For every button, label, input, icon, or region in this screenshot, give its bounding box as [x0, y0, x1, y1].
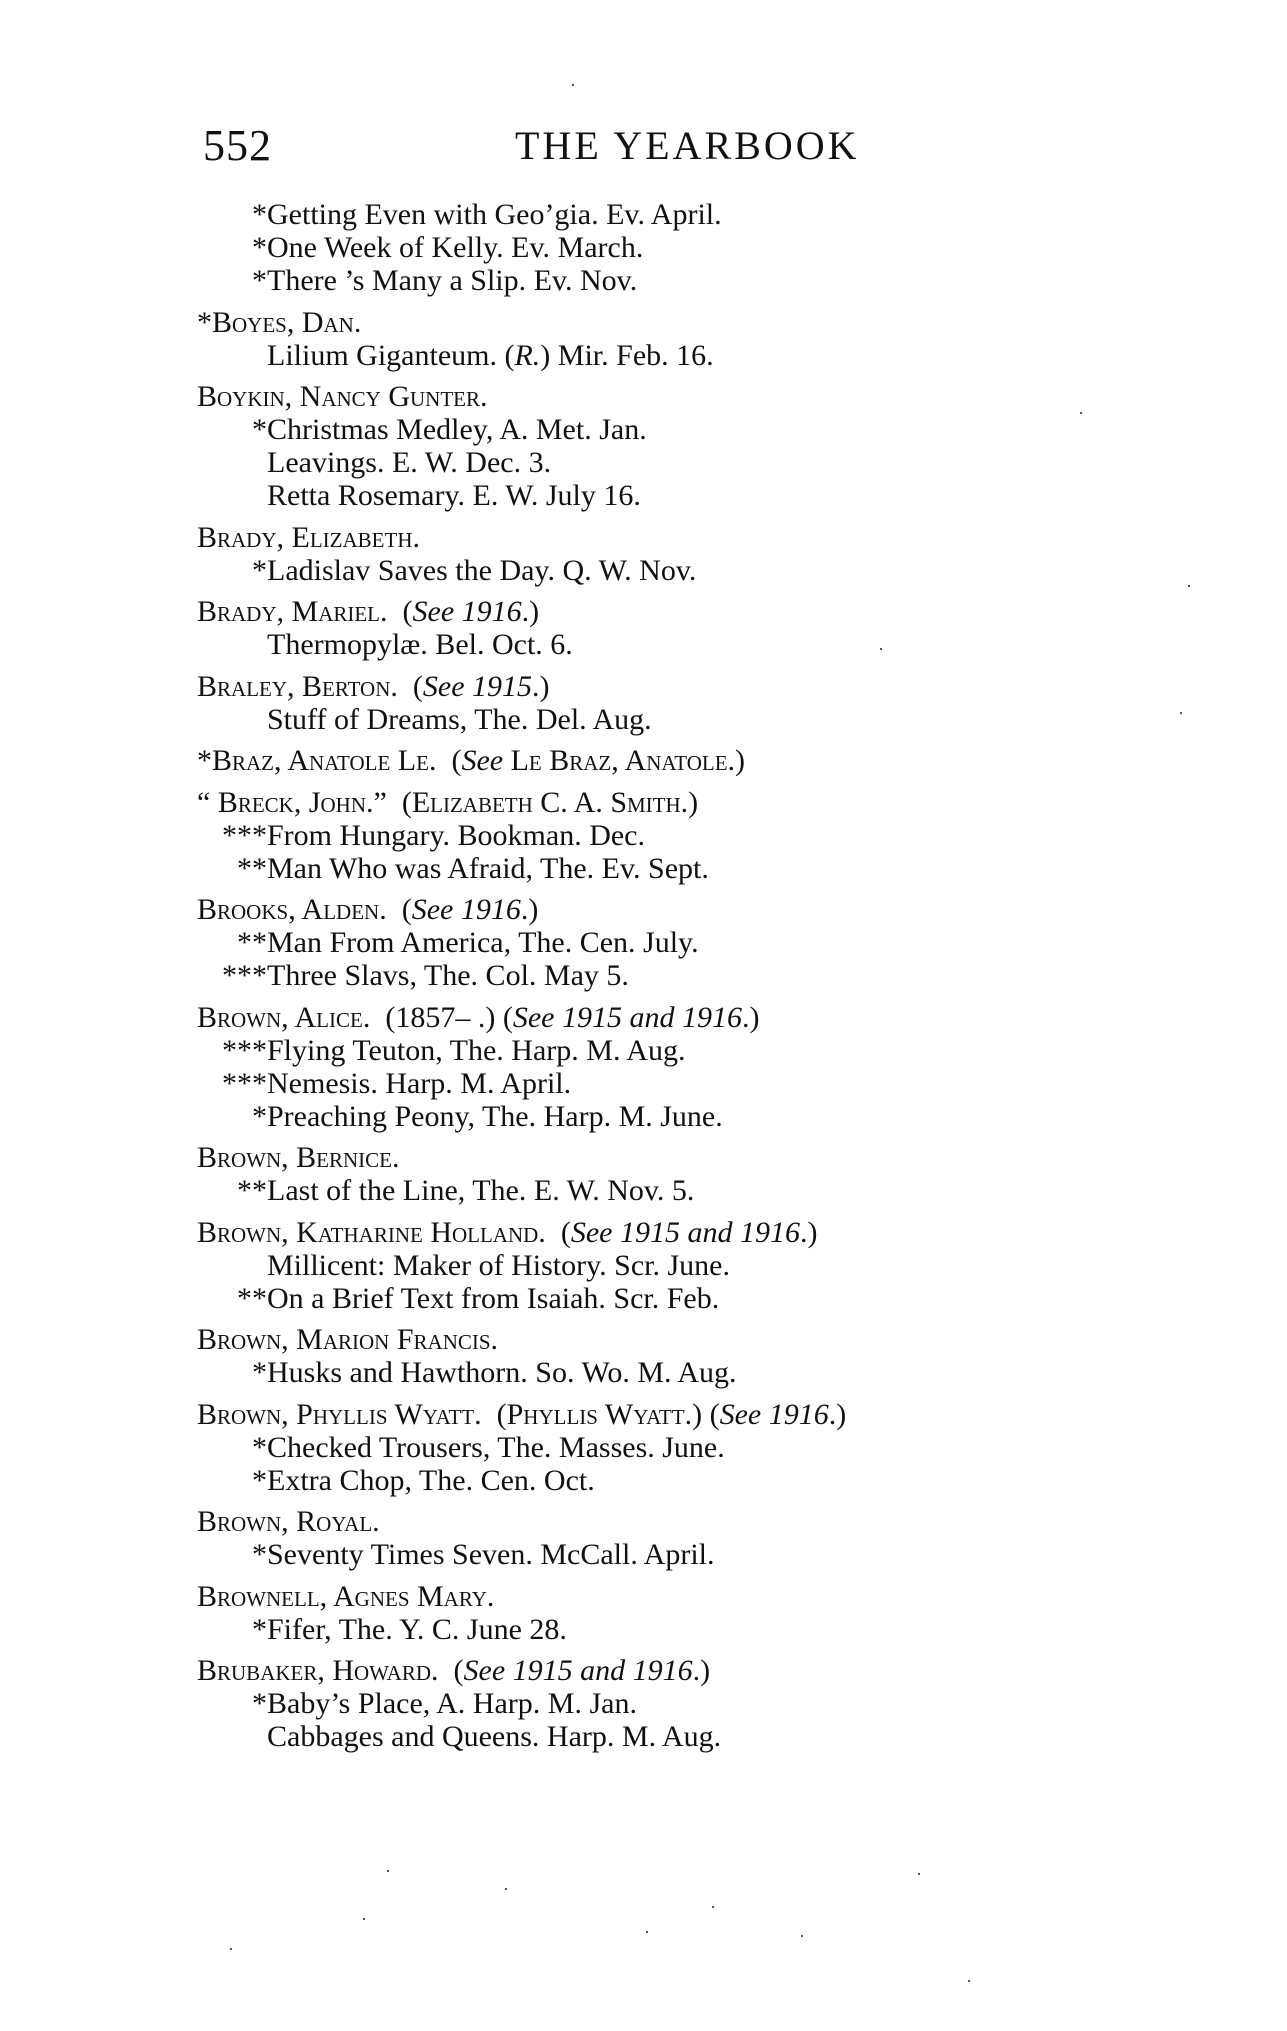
author-note: (See 1915 and 1916.)	[454, 1654, 711, 1687]
author-name: Braz, Anatole Le.	[212, 744, 436, 777]
author-name: Brown, Katharine Holland.	[197, 1216, 546, 1249]
rating-stars: *	[252, 1431, 267, 1464]
author-note: (See 1915 and 1916.)	[561, 1216, 818, 1249]
scan-speck	[918, 1873, 920, 1875]
entry: *Getting Even with Geo’gia. Ev. April.	[197, 198, 1197, 231]
entry-text: Millicent: Maker of History. Scr. June.	[267, 1249, 730, 1282]
author-name: Boykin, Nancy Gunter.	[197, 380, 488, 413]
entry-text: Lilium Giganteum. (R.) Mir. Feb. 16.	[267, 339, 714, 372]
scan-speck	[363, 1918, 365, 1920]
scan-speck	[230, 1948, 232, 1950]
entry-text: Christmas Medley, A. Met. Jan.	[267, 413, 647, 446]
author-name: Brown, Bernice.	[197, 1141, 400, 1174]
scan-speck	[505, 1888, 507, 1890]
author-group: Brubaker, Howard. (See 1915 and 1916.)*B…	[197, 1654, 1197, 1753]
scan-speck	[387, 1870, 389, 1872]
entry-text: From Hungary. Bookman. Dec.	[267, 819, 645, 852]
author-group: Brown, Phyllis Wyatt. (Phyllis Wyatt.) (…	[197, 1398, 1197, 1497]
author-heading: Braley, Berton. (See 1915.)	[197, 670, 1197, 703]
rating-stars: ***	[222, 959, 267, 992]
rating-stars: **	[237, 852, 267, 885]
rating-stars: **	[237, 1282, 267, 1315]
entry: *Christmas Medley, A. Met. Jan.	[197, 413, 1197, 446]
entry: ***From Hungary. Bookman. Dec.	[197, 819, 1197, 852]
entry-text: Leavings. E. W. Dec. 3.	[267, 446, 551, 479]
author-group: Brady, Mariel. (See 1916.)Thermopylæ. Be…	[197, 595, 1197, 661]
entry-text: Flying Teuton, The. Harp. M. Aug.	[267, 1034, 685, 1067]
spacer	[370, 1001, 385, 1034]
author-heading: Brown, Katharine Holland. (See 1915 and …	[197, 1216, 1197, 1249]
author-group: Braley, Berton. (See 1915.)Stuff of Drea…	[197, 670, 1197, 736]
entry: Leavings. E. W. Dec. 3.	[197, 446, 1197, 479]
author-note: (See 1915.)	[413, 670, 550, 703]
spacer	[439, 1654, 454, 1687]
entry: *Checked Trousers, The. Masses. June.	[197, 1431, 1197, 1464]
author-heading: Brown, Royal.	[197, 1505, 1197, 1538]
rating-stars: *	[252, 554, 267, 587]
author-group: Boykin, Nancy Gunter.*Christmas Medley, …	[197, 380, 1197, 512]
rating-stars: ***	[222, 1067, 267, 1100]
entry: Stuff of Dreams, The. Del. Aug.	[197, 703, 1197, 736]
spacer	[388, 595, 403, 628]
spacer	[387, 893, 402, 926]
author-group: *Boyes, Dan.Lilium Giganteum. (R.) Mir. …	[197, 306, 1197, 372]
author-heading: “ Breck, John.” (Elizabeth C. A. Smith.)	[197, 786, 1197, 819]
scan-speck	[646, 1931, 648, 1933]
page-number: 552	[203, 118, 272, 174]
rating-stars: *	[252, 264, 267, 297]
rating-stars: *	[252, 1100, 267, 1133]
author-prefix: “	[197, 786, 218, 819]
entry-text: Thermopylæ. Bel. Oct. 6.	[267, 628, 573, 661]
author-group: Brownell, Agnes Mary.*Fifer, The. Y. C. …	[197, 1580, 1197, 1646]
entry: *Baby’s Place, A. Harp. M. Jan.	[197, 1687, 1197, 1720]
entry-text: Stuff of Dreams, The. Del. Aug.	[267, 703, 652, 736]
entry-text: Preaching Peony, The. Harp. M. June.	[267, 1100, 723, 1133]
entry-text: Last of the Line, The. E. W. Nov. 5.	[267, 1174, 694, 1207]
entry: Retta Rosemary. E. W. July 16.	[197, 479, 1197, 512]
author-group: Brown, Royal.*Seventy Times Seven. McCal…	[197, 1505, 1197, 1571]
author-heading: Brady, Mariel. (See 1916.)	[197, 595, 1197, 628]
entry-text: On a Brief Text from Isaiah. Scr. Feb.	[267, 1282, 719, 1315]
scan-speck	[880, 648, 882, 650]
author-heading: *Braz, Anatole Le. (See Le Braz, Anatole…	[197, 744, 1197, 777]
entry: *Husks and Hawthorn. So. Wo. M. Aug.	[197, 1356, 1197, 1389]
entry: ***Three Slavs, The. Col. May 5.	[197, 959, 1197, 992]
author-group: “ Breck, John.” (Elizabeth C. A. Smith.)…	[197, 786, 1197, 885]
author-note: (Elizabeth C. A. Smith.)	[402, 786, 698, 819]
entry: Lilium Giganteum. (R.) Mir. Feb. 16.	[197, 339, 1197, 372]
author-heading: Brownell, Agnes Mary.	[197, 1580, 1197, 1613]
rating-stars: ***	[222, 1034, 267, 1067]
author-name: Brown, Phyllis Wyatt.	[197, 1398, 482, 1431]
entry-text: Checked Trousers, The. Masses. June.	[267, 1431, 725, 1464]
entry-text: Ladislav Saves the Day. Q. W. Nov.	[267, 554, 696, 587]
author-heading: Brown, Alice. (1857– .) (See 1915 and 19…	[197, 1001, 1197, 1034]
entry-text: There ’s Many a Slip. Ev. Nov.	[267, 264, 637, 297]
author-heading: Brubaker, Howard. (See 1915 and 1916.)	[197, 1654, 1197, 1687]
entry: **Man Who was Afraid, The. Ev. Sept.	[197, 852, 1197, 885]
author-name: Boyes, Dan.	[212, 306, 361, 339]
spacer	[482, 1398, 497, 1431]
author-name: Brooks, Alden.	[197, 893, 387, 926]
entry-text: Getting Even with Geo’gia. Ev. April.	[267, 198, 722, 231]
entry-text: One Week of Kelly. Ev. March.	[267, 231, 643, 264]
author-heading: Brooks, Alden. (See 1916.)	[197, 893, 1197, 926]
entry-text: Nemesis. Harp. M. April.	[267, 1067, 571, 1100]
author-group: Brooks, Alden. (See 1916.)**Man From Ame…	[197, 893, 1197, 992]
rating-stars: *	[252, 1538, 267, 1571]
author-prefix: *	[197, 306, 212, 339]
scan-speck	[801, 1935, 803, 1937]
author-name: Breck, John.”	[218, 786, 387, 819]
author-heading: Brown, Marion Francis.	[197, 1323, 1197, 1356]
author-note: (See 1916.)	[402, 893, 539, 926]
spacer	[398, 670, 413, 703]
entry: *Ladislav Saves the Day. Q. W. Nov.	[197, 554, 1197, 587]
author-name: Brown, Royal.	[197, 1505, 380, 1538]
author-name: Brownell, Agnes Mary.	[197, 1580, 494, 1613]
author-note: (1857– .) (See 1915 and 1916.)	[385, 1001, 759, 1034]
spacer	[387, 786, 402, 819]
scan-speck	[1188, 585, 1190, 587]
author-heading: Brown, Bernice.	[197, 1141, 1197, 1174]
entry: *Fifer, The. Y. C. June 28.	[197, 1613, 1197, 1646]
author-group: *Braz, Anatole Le. (See Le Braz, Anatole…	[197, 744, 1197, 777]
author-name: Braley, Berton.	[197, 670, 398, 703]
rating-stars: ***	[222, 819, 267, 852]
author-heading: Boykin, Nancy Gunter.	[197, 380, 1197, 413]
author-heading: Brady, Elizabeth.	[197, 521, 1197, 554]
scan-speck	[968, 1980, 970, 1982]
entry: Thermopylæ. Bel. Oct. 6.	[197, 628, 1197, 661]
author-name: Brown, Marion Francis.	[197, 1323, 498, 1356]
entry-text: Husks and Hawthorn. So. Wo. M. Aug.	[267, 1356, 737, 1389]
author-group: Brown, Bernice.**Last of the Line, The. …	[197, 1141, 1197, 1207]
entry-text: Three Slavs, The. Col. May 5.	[267, 959, 629, 992]
author-name: Brady, Mariel.	[197, 595, 388, 628]
author-group: Brown, Marion Francis.*Husks and Hawthor…	[197, 1323, 1197, 1389]
entry: **Last of the Line, The. E. W. Nov. 5.	[197, 1174, 1197, 1207]
entry: ***Nemesis. Harp. M. April.	[197, 1067, 1197, 1100]
author-note: (See Le Braz, Anatole.)	[451, 744, 745, 777]
author-name: Brubaker, Howard.	[197, 1654, 439, 1687]
rating-stars: *	[252, 1687, 267, 1720]
entry: *Extra Chop, The. Cen. Oct.	[197, 1464, 1197, 1497]
entry: *Preaching Peony, The. Harp. M. June.	[197, 1100, 1197, 1133]
entry: **On a Brief Text from Isaiah. Scr. Feb.	[197, 1282, 1197, 1315]
entry-text: Fifer, The. Y. C. June 28.	[267, 1613, 567, 1646]
rating-stars: *	[252, 231, 267, 264]
author-heading: Brown, Phyllis Wyatt. (Phyllis Wyatt.) (…	[197, 1398, 1197, 1431]
scan-speck	[712, 1906, 714, 1908]
spacer	[546, 1216, 561, 1249]
author-group: Brady, Elizabeth.*Ladislav Saves the Day…	[197, 521, 1197, 587]
entry: *There ’s Many a Slip. Ev. Nov.	[197, 264, 1197, 297]
author-name: Brady, Elizabeth.	[197, 521, 420, 554]
rating-stars: **	[237, 926, 267, 959]
author-note: (Phyllis Wyatt.) (See 1916.)	[497, 1398, 847, 1431]
continued-entries: *Getting Even with Geo’gia. Ev. April. *…	[197, 198, 1197, 297]
spacer	[436, 744, 451, 777]
entry-text: Man Who was Afraid, The. Ev. Sept.	[267, 852, 709, 885]
scan-speck	[572, 84, 574, 86]
scan-speck	[1080, 412, 1082, 414]
author-name: Brown, Alice.	[197, 1001, 370, 1034]
entry: *Seventy Times Seven. McCall. April.	[197, 1538, 1197, 1571]
author-note: (See 1916.)	[403, 595, 540, 628]
rating-stars: **	[237, 1174, 267, 1207]
entry-text: Cabbages and Queens. Harp. M. Aug.	[267, 1720, 721, 1753]
entry-text: Man From America, The. Cen. July.	[267, 926, 699, 959]
rating-stars: *	[252, 1613, 267, 1646]
author-group: Brown, Alice. (1857– .) (See 1915 and 19…	[197, 1001, 1197, 1133]
running-title: THE YEARBOOK	[515, 118, 860, 174]
author-heading: *Boyes, Dan.	[197, 306, 1197, 339]
entry: **Man From America, The. Cen. July.	[197, 926, 1197, 959]
rating-stars: *	[252, 413, 267, 446]
author-group: Brown, Katharine Holland. (See 1915 and …	[197, 1216, 1197, 1315]
entry-text: Baby’s Place, A. Harp. M. Jan.	[267, 1687, 637, 1720]
entry: *One Week of Kelly. Ev. March.	[197, 231, 1197, 264]
scan-speck	[1180, 712, 1182, 714]
rating-stars: *	[252, 198, 267, 231]
entry-text: Retta Rosemary. E. W. July 16.	[267, 479, 641, 512]
author-list: *Boyes, Dan.Lilium Giganteum. (R.) Mir. …	[197, 306, 1197, 1754]
rating-stars: *	[252, 1464, 267, 1497]
entry: Millicent: Maker of History. Scr. June.	[197, 1249, 1197, 1282]
index-body: *Getting Even with Geo’gia. Ev. April. *…	[197, 198, 1197, 1753]
entry-text: Extra Chop, The. Cen. Oct.	[267, 1464, 595, 1497]
author-prefix: *	[197, 744, 212, 777]
entry: ***Flying Teuton, The. Harp. M. Aug.	[197, 1034, 1197, 1067]
rating-stars: *	[252, 1356, 267, 1389]
entry: Cabbages and Queens. Harp. M. Aug.	[197, 1720, 1197, 1753]
entry-text: Seventy Times Seven. McCall. April.	[267, 1538, 715, 1571]
